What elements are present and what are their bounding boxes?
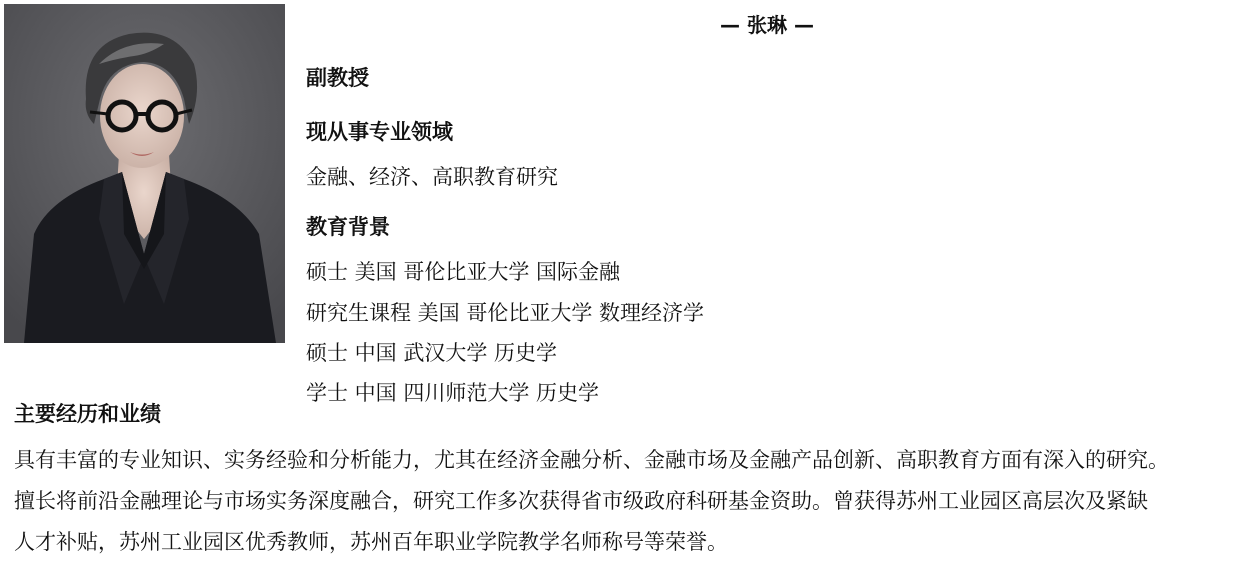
academic-title: 副教授: [306, 64, 369, 92]
education-item: 硕士 美国 哥伦比亚大学 国际金融: [306, 258, 620, 286]
career-section: 主要经历和业绩 具有丰富的专业知识、实务经验和分析能力，尤其在经济金融分析、金融…: [14, 400, 1255, 561]
education-item: 硕士 中国 武汉大学 历史学: [306, 339, 557, 367]
career-description: 具有丰富的专业知识、实务经验和分析能力，尤其在经济金融分析、金融市场及金融产品创…: [14, 440, 1255, 561]
field-value: 金融、经济、高职教育研究: [306, 163, 558, 191]
career-line: 人才补贴，苏州工业园区优秀教师，苏州百年职业学院教学名师称号等荣誉。: [14, 522, 1255, 561]
career-line: 具有丰富的专业知识、实务经验和分析能力，尤其在经济金融分析、金融市场及金融产品创…: [14, 440, 1255, 481]
career-line: 擅长将前沿金融理论与市场实务深度融合，研究工作多次获得省市级政府科研基金资助。曾…: [14, 481, 1255, 522]
portrait-icon: [4, 4, 285, 343]
faculty-profile-page: — 张琳 — 副教授 现从事专业领域 金融、经济、高职教育研究 教育背景 硕士 …: [0, 0, 1255, 561]
portrait-photo: [4, 4, 285, 343]
education-heading: 教育背景: [306, 213, 390, 241]
career-heading: 主要经历和业绩: [14, 400, 1255, 428]
professor-name: — 张琳 —: [600, 12, 934, 38]
field-heading: 现从事专业领域: [306, 118, 453, 146]
education-item: 研究生课程 美国 哥伦比亚大学 数理经济学: [306, 299, 704, 327]
